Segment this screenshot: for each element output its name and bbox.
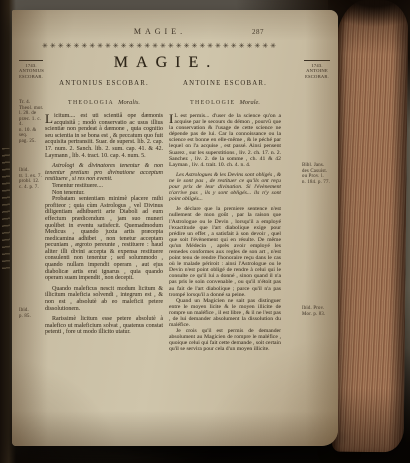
section-title: MAGIE. — [18, 54, 314, 72]
drop-cap: L — [45, 113, 54, 124]
margin-year-note-right: 1743. ANTOINE ESCOBAR. — [304, 60, 330, 79]
fore-edge-pages — [332, 0, 409, 452]
subheader-italic: Moralis. — [118, 99, 140, 106]
french-column-subheader: THEOLOGIE Morale. — [169, 91, 281, 109]
paragraph: Quando maleficus nescit modum licitum & … — [45, 286, 163, 312]
french-column-header: ANTOINE ESCOBAR. — [169, 80, 281, 87]
latin-column: ANTONIUS ESCOBAR. THEOLOGIA Moralis. Lic… — [45, 80, 163, 336]
paragraph: Je crois qu'il est permis de demander ab… — [169, 328, 281, 352]
paragraph: Je déclare que la premiere sentence n'es… — [169, 206, 281, 297]
latin-column-header: ANTONIUS ESCOBAR. — [45, 80, 163, 87]
paragraph: Astrologi & divinatores tenentur & non t… — [45, 163, 163, 183]
margin-citation-left-1: Tr. 4. Theol. mor. l. 28. de præc. 1. c.… — [19, 100, 44, 144]
margin-citation-left-3: Ibid. p. 85. — [19, 308, 44, 319]
page-edge-flecks — [2, 148, 10, 273]
subheader-caps: THEOLOGIE — [190, 100, 235, 106]
book-page: MAGIE. 287 ✳✳✳✳✳✳✳✳✳✳✳✳✳✳✳✳✳✳✳✳✳✳✳✳✳✳✳✳✳… — [12, 10, 338, 446]
paragraph: IL est permis... d'user de la science qu… — [169, 113, 281, 168]
fore-edge-top-shadow — [328, 0, 410, 38]
book-photo: MAGIE. 287 ✳✳✳✳✳✳✳✳✳✳✳✳✳✳✳✳✳✳✳✳✳✳✳✳✳✳✳✳✳… — [0, 0, 410, 463]
french-column: ANTOINE ESCOBAR. THEOLOGIE Morale. IL es… — [169, 80, 281, 353]
paragraph: Rarissimè licitum esse petere absolutè à… — [45, 316, 163, 336]
margin-citation-left-2: Ibid. tr. 1. ex. 7. probl. 12. c. 4. p. … — [19, 168, 44, 190]
paragraph: Tenentur restituere.... — [45, 183, 163, 190]
drop-cap: I — [169, 113, 174, 124]
subheader-italic: Morale. — [240, 99, 260, 106]
page-number: 287 — [252, 28, 264, 36]
margin-year-note-left: 1743. ANTONIUS ESCOBAR. — [19, 60, 43, 79]
paragraph: Licitum.... est uti scientiâ ope dæmonis… — [45, 113, 163, 159]
latin-column-subheader: THEOLOGIA Moralis. — [45, 91, 163, 109]
paragraph: Les Astrologues & les Devins sont obligé… — [169, 172, 281, 202]
paragraph: Probatam sententiam minimè placere mihi … — [45, 196, 163, 282]
french-column-body: IL est permis... d'user de la science qu… — [169, 113, 281, 353]
margin-citation-right-2: Ibid. Prov. Mor. p. 83. — [302, 306, 332, 317]
subheader-caps: THEOLOGIA — [68, 100, 114, 106]
latin-column-body: Licitum.... est uti scientiâ ope dæmonis… — [45, 113, 163, 336]
margin-citation-right-1: Bibl. Jans. des Casuist. ou Prov. l. n. … — [302, 163, 332, 185]
paragraph: Quand un Magicien ne sait pas distinguer… — [169, 298, 281, 328]
ornament-band: ✳✳✳✳✳✳✳✳✳✳✳✳✳✳✳✳✳✳✳✳✳✳✳✳✳✳✳✳✳✳ — [12, 42, 308, 50]
